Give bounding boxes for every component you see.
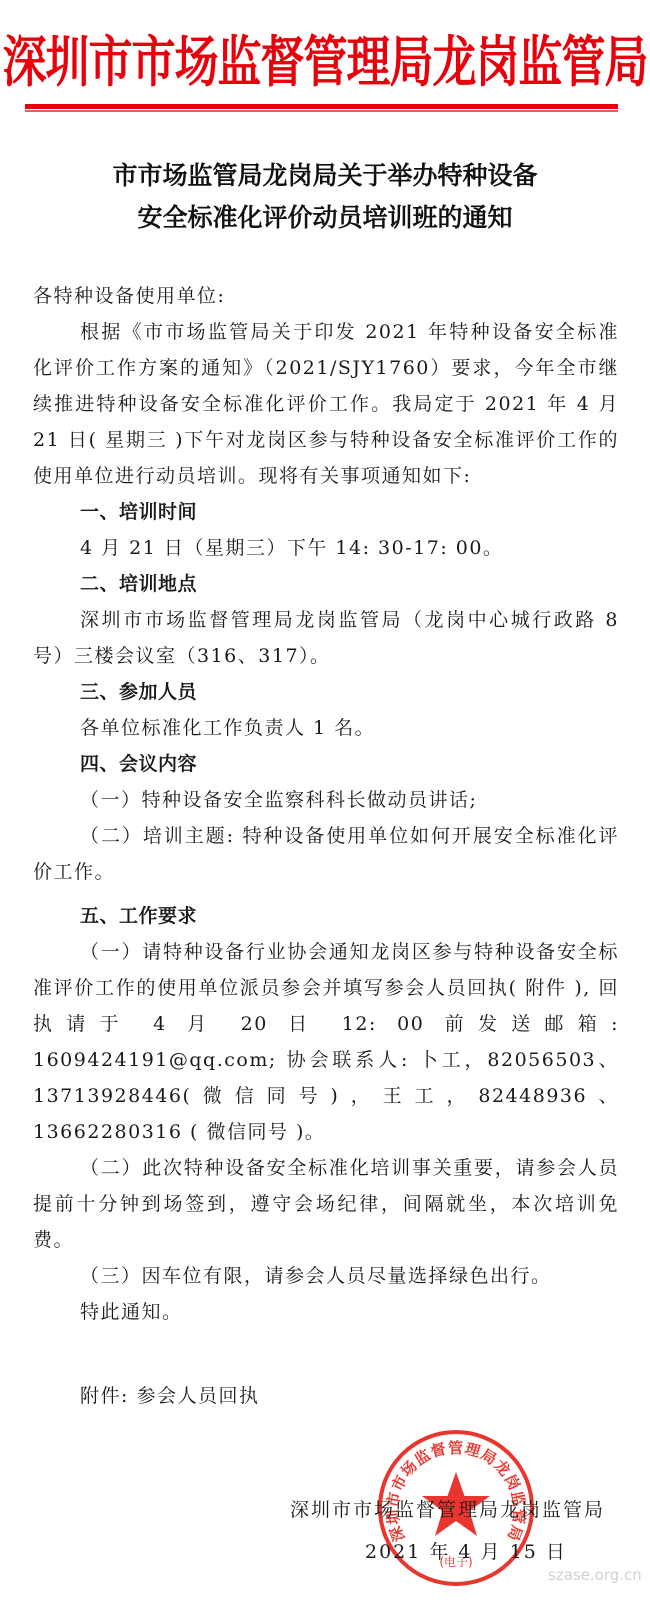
requirement-item-2: （二）此次特种设备安全标准化培训事关重要，请参会人员提前十分钟到场签到，遵守会场… [33, 1150, 619, 1258]
document-title: 市市场监管局龙岗局关于举办特种设备 安全标准化评价动员培训班的通知 [0, 155, 650, 239]
attachment-note: 附件: 参会人员回执 [33, 1378, 619, 1414]
agenda-item-1: （一）特种设备安全监察科科长做动员讲话; [33, 782, 619, 818]
section-heading-location: 二、培训地点 [33, 566, 619, 602]
document-body: 各特种设备使用单位: 根据《市市场监管局关于印发 2021 年特种设备安全标准化… [33, 278, 619, 1414]
section-location-text: 深圳市市场监督管理局龙岗监管局（龙岗中心城行政路 8 号）三楼会议室（316、3… [33, 602, 619, 674]
letterhead-divider-thick [25, 104, 618, 109]
intro-paragraph: 根据《市市场监管局关于印发 2021 年特种设备安全标准化评价工作方案的通知》（… [33, 314, 619, 494]
watermark: szase.org.cn [548, 1566, 642, 1584]
document-title-line-1: 市市场监管局龙岗局关于举办特种设备 [0, 155, 650, 197]
signature-agency: 深圳市市场监督管理局龙岗监管局 [290, 1492, 605, 1528]
signature-date: 2021 年 4 月 15 日 [365, 1534, 567, 1570]
section-time-text: 4 月 21 日（星期三）下午 14: 30-17: 00。 [33, 530, 619, 566]
closing-line: 特此通知。 [33, 1294, 619, 1330]
section-heading-attendees: 三、参加人员 [33, 674, 619, 710]
requirement-item-3: （三）因车位有限，请参会人员尽量选择绿色出行。 [33, 1258, 619, 1294]
letterhead-divider-thin [25, 110, 618, 112]
section-heading-requirements: 五、工作要求 [33, 898, 619, 934]
section-heading-agenda: 四、会议内容 [33, 746, 619, 782]
salutation: 各特种设备使用单位: [33, 278, 619, 314]
section-attendees-text: 各单位标准化工作负责人 1 名。 [33, 710, 619, 746]
agenda-item-2: （二）培训主题: 特种设备使用单位如何开展安全标准化评价工作。 [33, 818, 619, 890]
section-heading-time: 一、培训时间 [33, 494, 619, 530]
document-title-line-2: 安全标准化评价动员培训班的通知 [0, 197, 650, 239]
requirement-item-1: （一）请特种设备行业协会通知龙岗区参与特种设备安全标准评价工作的使用单位派员参会… [33, 934, 619, 1150]
agency-letterhead-title: 深圳市市场监督管理局龙岗监管局 [0, 22, 650, 105]
